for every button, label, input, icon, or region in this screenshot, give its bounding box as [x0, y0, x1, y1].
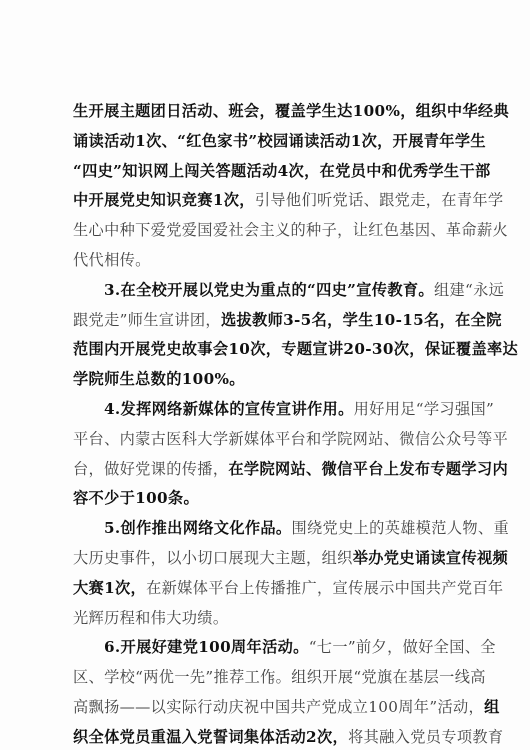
text-normal: 将其融入党员专项教育	[348, 728, 503, 746]
text-bold: 中开展党史知识竞赛1次，	[73, 191, 255, 209]
text-bold: 容不少于100条。	[73, 489, 199, 507]
section-heading-5: 5.创作推出网络文化作品。围绕党史上的英雄模范人物、重	[73, 514, 467, 544]
text-line: 大赛1次，在新媒体平台上传播推广，宣传展示中国共产党百年	[73, 574, 467, 604]
text-line: 学院师生总数的100%。	[73, 365, 467, 395]
text-bold: 生开展主题团日活动、班会，	[73, 102, 275, 120]
document-body: 生开展主题团日活动、班会，覆盖学生达100%，组织中华经典 诵读活动1次、“红色…	[73, 97, 467, 750]
text-normal: 跟党走”师生宣讲团，	[73, 311, 221, 329]
text-bold: 6.开展好建党100周年活动。	[104, 638, 309, 656]
text-bold: “四史”知识网上闯关答题活动4次，在党员中和优秀学生干部	[73, 162, 491, 180]
text-bold: 选拔教师3-5名，学生10-15名，在全院	[221, 311, 502, 329]
text-normal: 光辉历程和伟大功绩。	[73, 609, 228, 627]
text-line: 诵读活动1次、“红色家书”校园诵读活动1次，开展青年学生	[73, 127, 467, 157]
text-normal: 平台、内蒙古医科大学新媒体平台和学院网站、微信公众号等平	[73, 430, 508, 448]
page-number: 5	[268, 676, 274, 687]
text-line: 大历史事件，以小切口展现大主题，组织举办党史诵读宣传视频	[73, 544, 467, 574]
text-normal: 高飘扬——以实际行动庆祝中国共产党成立100周年”活动，	[73, 698, 484, 716]
text-line: 中开展党史知识竞赛1次，引导他们听党话、跟党走，在青年学	[73, 186, 467, 216]
text-normal: “七一”前夕，做好全国、全	[309, 638, 496, 656]
text-line: 代代相传。	[73, 246, 467, 276]
text-bold: 覆盖学生达100%，组织中华经典	[275, 102, 509, 120]
document-page: 生开展主题团日活动、班会，覆盖学生达100%，组织中华经典 诵读活动1次、“红色…	[0, 0, 530, 750]
text-normal: 区、学校“两优一先”推荐工作。组织开展“党旗在基层一线高	[73, 668, 486, 686]
text-line: 织全体党员重温入党誓词集体活动2次，将其融入党员专项教育	[73, 723, 467, 750]
text-normal: 生心中种下爱党爱国爱社会主义的种子，让红色基因、革命薪火	[73, 221, 508, 239]
text-line: 生心中种下爱党爱国爱社会主义的种子，让红色基因、革命薪火	[73, 216, 467, 246]
text-bold: 举办党史诵读宣传视频	[353, 549, 508, 567]
section-heading-6: 6.开展好建党100周年活动。“七一”前夕，做好全国、全	[73, 633, 467, 663]
text-line: 平台、内蒙古医科大学新媒体平台和学院网站、微信公众号等平	[73, 425, 467, 455]
text-bold: 范围内开展党史故事会10次，专题宣讲20-30次，保证覆盖率达	[73, 340, 518, 358]
text-line: “四史”知识网上闯关答题活动4次，在党员中和优秀学生干部	[73, 157, 467, 187]
text-bold: 4.发挥网络新媒体的宣传宣讲作用。	[104, 400, 354, 418]
text-bold: 3.在全校开展以党史为重点的“四史”宣传教育。	[104, 281, 434, 299]
text-normal: 在新媒体平台上传播推广，宣传展示中国共产党百年	[146, 579, 503, 597]
text-normal: 用好用足“学习强国”	[354, 400, 495, 418]
text-normal: 大历史事件，以小切口展现大主题，组织	[73, 549, 353, 567]
text-line: 跟党走”师生宣讲团，选拔教师3-5名，学生10-15名，在全院	[73, 306, 467, 336]
text-normal: 引导他们听党话、跟党走，在青年学	[255, 191, 504, 209]
text-bold: 大赛1次，	[73, 579, 146, 597]
text-bold: 织全体党员重温入党誓词集体活动2次，	[73, 728, 348, 746]
text-line: 光辉历程和伟大功绩。	[73, 604, 467, 634]
text-line: 生开展主题团日活动、班会，覆盖学生达100%，组织中华经典	[73, 97, 467, 127]
text-line: 容不少于100条。	[73, 484, 467, 514]
text-bold: 5.创作推出网络文化作品。	[104, 519, 291, 537]
text-bold: 诵读活动1次、“红色家书”校园诵读活动1次，开展青年学生	[73, 132, 486, 150]
text-line: 高飘扬——以实际行动庆祝中国共产党成立100周年”活动，组	[73, 693, 467, 723]
text-line: 台，做好党课的传播，在学院网站、微信平台上发布专题学习内	[73, 455, 467, 485]
text-normal: 围绕党史上的英雄模范人物、重	[291, 519, 509, 537]
text-normal: 代代相传。	[73, 251, 151, 269]
text-normal: 台，做好党课的传播，	[73, 460, 228, 478]
section-heading-4: 4.发挥网络新媒体的宣传宣讲作用。用好用足“学习强国”	[73, 395, 467, 425]
text-line: 范围内开展党史故事会10次，专题宣讲20-30次，保证覆盖率达	[73, 335, 467, 365]
text-bold: 在学院网站、微信平台上发布专题学习内	[228, 460, 508, 478]
section-heading-3: 3.在全校开展以党史为重点的“四史”宣传教育。组建“永远	[73, 276, 467, 306]
text-normal: 组建“永远	[434, 281, 504, 299]
text-bold: 组	[484, 698, 500, 716]
text-bold: 学院师生总数的100%。	[73, 370, 245, 388]
